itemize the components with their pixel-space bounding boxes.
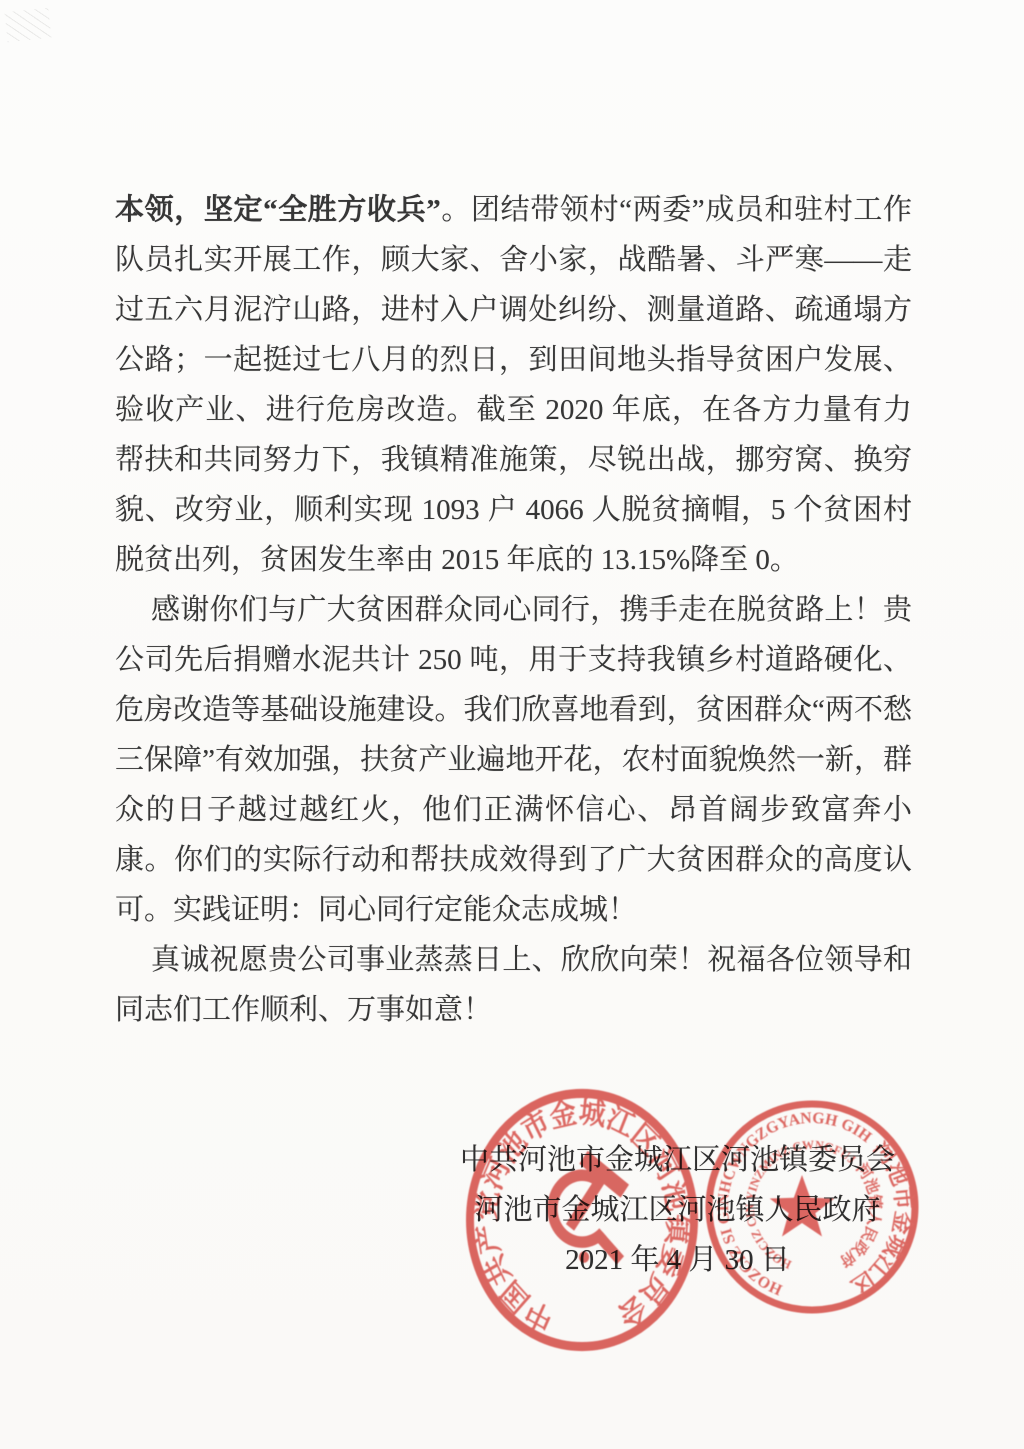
- letter-body: 本领，坚定“全胜方收兵”。团结带领村“两委”成员和驻村工作队员扎实开展工作，顾大…: [115, 185, 912, 1035]
- party-committee-seal: 中国共产党河池市金城江区河池镇委员会: [452, 1083, 712, 1357]
- paragraph-3: 真诚祝愿贵公司事业蒸蒸日上、欣欣向荣！祝福各位领导和同志们工作顺利、万事如意！: [115, 935, 912, 1035]
- bold-lead-phrase: 本领，坚定“全胜方收兵”: [115, 194, 441, 226]
- paragraph-1: 本领，坚定“全胜方收兵”。团结带领村“两委”成员和驻村工作队员扎实开展工作，顾大…: [115, 185, 912, 585]
- hammer-and-sickle-icon: [547, 1151, 629, 1265]
- paragraph-1-text: 。团结带领村“两委”成员和驻村工作队员扎实开展工作，顾大家、舍小家，战酷暑、斗严…: [115, 194, 912, 576]
- party-seal-border: [470, 1093, 694, 1346]
- government-seal: HOZCIZ SI GINHCWNGZGYANGH GIH河池市金城江区 HOZ…: [697, 1092, 927, 1322]
- scan-artifact: [5, 8, 52, 42]
- paragraph-2: 感谢你们与广大贫困群众同心同行，携手走在脱贫路上！贵公司先后捐赠水泥共计 250…: [115, 585, 912, 935]
- star-icon: [770, 1175, 835, 1237]
- scanned-letter-page: 本领，坚定“全胜方收兵”。团结带领村“两委”成员和驻村工作队员扎实开展工作，顾大…: [0, 0, 1024, 1449]
